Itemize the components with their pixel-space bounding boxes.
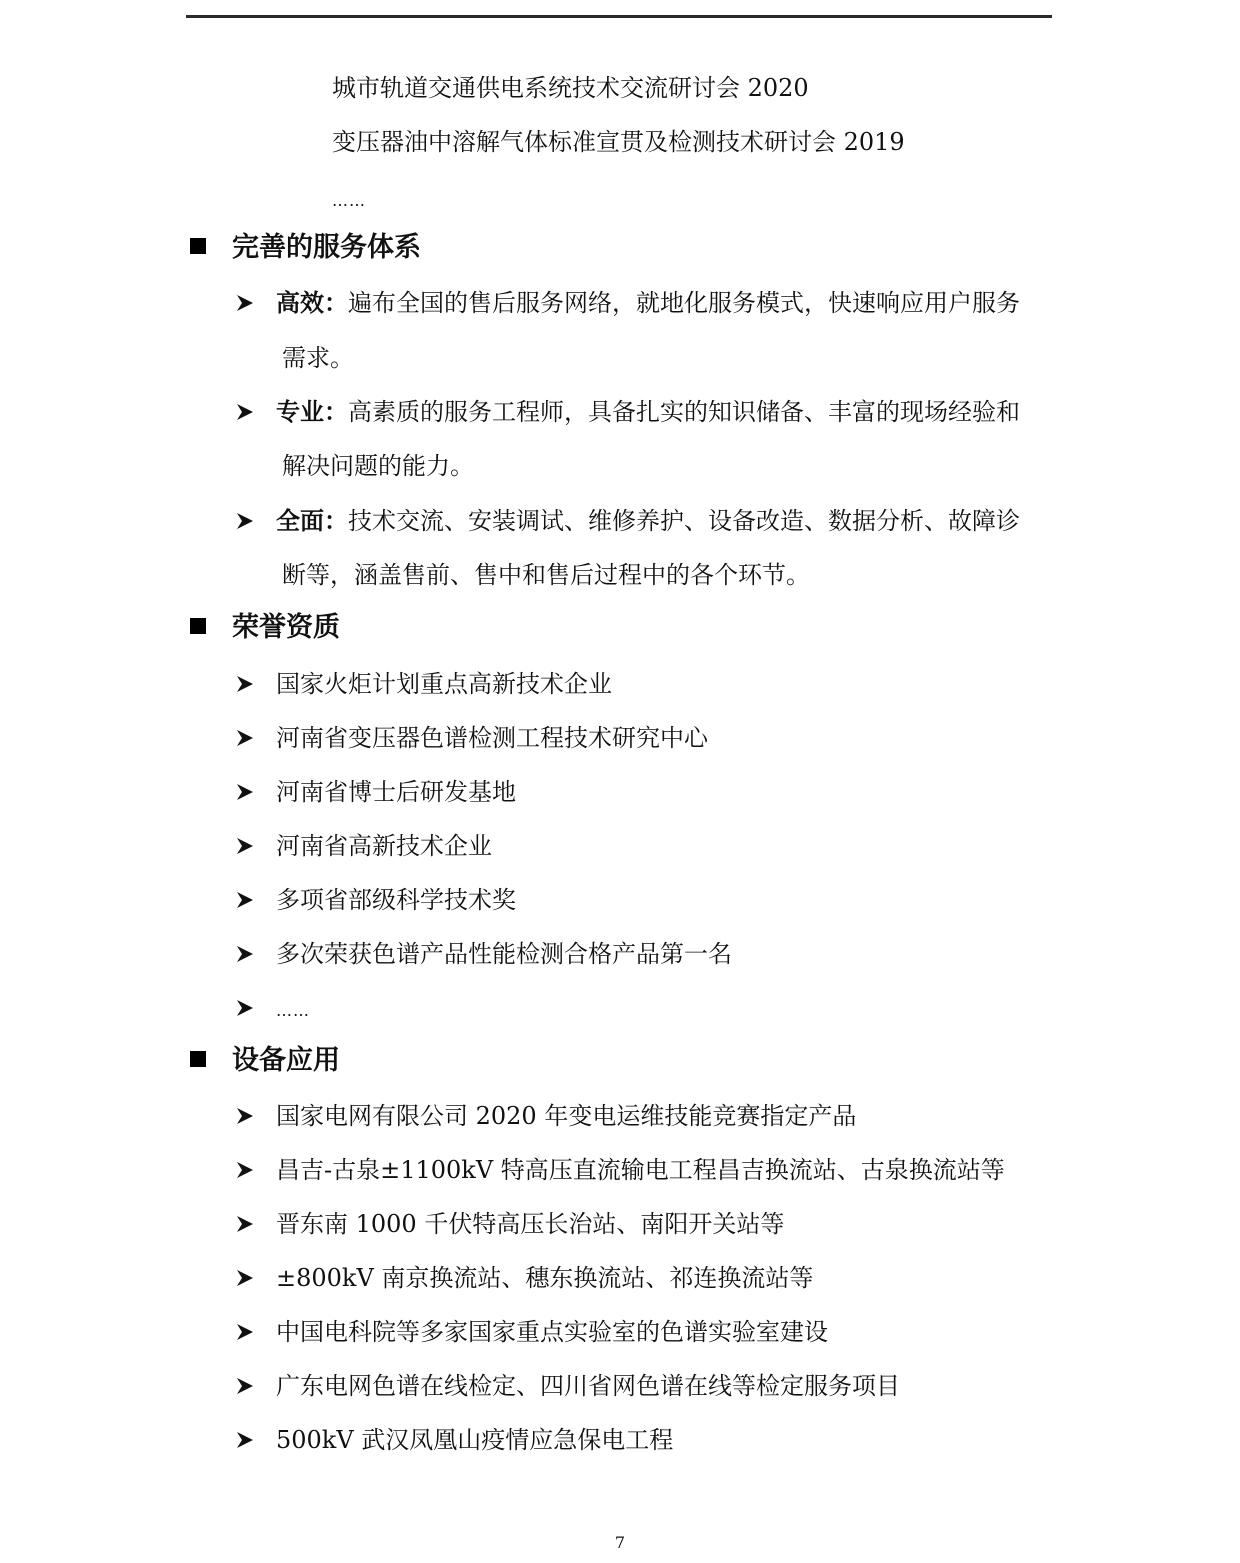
arrow-bullet-icon bbox=[236, 777, 256, 807]
item-text: 河南省博士后研发基地 bbox=[276, 778, 516, 806]
list-item: 晋东南 1000 千伏特高压长治站、南阳开关站等 bbox=[236, 1209, 784, 1239]
arrow-bullet-icon bbox=[236, 669, 256, 699]
section-heading-service: 完善的服务体系 bbox=[190, 233, 421, 263]
list-item: 专业：高素质的服务工程师，具备扎实的知识储备、丰富的现场经验和 bbox=[236, 397, 1020, 427]
list-item: 中国电科院等多家国家重点实验室的色谱实验室建设 bbox=[236, 1317, 828, 1347]
item-text: 500kV 武汉凤凰山疫情应急保电工程 bbox=[276, 1426, 673, 1454]
conference-item: 城市轨道交通供电系统技术交流研讨会 2020 bbox=[332, 73, 809, 103]
section-heading-honors: 荣誉资质 bbox=[190, 613, 340, 643]
item-text: ±800kV 南京换流站、穗东换流站、祁连换流站等 bbox=[276, 1264, 813, 1292]
arrow-bullet-icon bbox=[236, 993, 256, 1023]
section-heading-applications: 设备应用 bbox=[190, 1046, 340, 1076]
item-text: 多项省部级科学技术奖 bbox=[276, 886, 516, 914]
list-item: 多次荣获色谱产品性能检测合格产品第一名 bbox=[236, 939, 732, 969]
item-label: 全面： bbox=[276, 507, 348, 535]
arrow-bullet-icon bbox=[236, 506, 256, 536]
item-text: 多次荣获色谱产品性能检测合格产品第一名 bbox=[276, 940, 732, 968]
item-text: 遍布全国的售后服务网络，就地化服务模式，快速响应用户服务 bbox=[348, 289, 1020, 317]
list-item: 全面：技术交流、安装调试、维修养护、设备改造、数据分析、故障诊 bbox=[236, 506, 1020, 536]
item-text: 中国电科院等多家国家重点实验室的色谱实验室建设 bbox=[276, 1318, 828, 1346]
arrow-bullet-icon bbox=[236, 1155, 256, 1185]
section-heading-text: 荣誉资质 bbox=[232, 612, 340, 643]
list-item: 500kV 武汉凤凰山疫情应急保电工程 bbox=[236, 1425, 673, 1455]
list-item: 广东电网色谱在线检定、四川省网色谱在线等检定服务项目 bbox=[236, 1371, 900, 1401]
arrow-bullet-icon bbox=[236, 1209, 256, 1239]
list-item-continuation: 解决问题的能力。 bbox=[282, 451, 474, 481]
item-text: 晋东南 1000 千伏特高压长治站、南阳开关站等 bbox=[276, 1210, 784, 1238]
item-text: 河南省变压器色谱检测工程技术研究中心 bbox=[276, 724, 708, 752]
list-item: 河南省变压器色谱检测工程技术研究中心 bbox=[236, 723, 708, 753]
square-bullet-icon bbox=[190, 238, 206, 254]
list-item: 国家火炬计划重点高新技术企业 bbox=[236, 669, 612, 699]
section-heading-text: 完善的服务体系 bbox=[232, 232, 421, 263]
arrow-bullet-icon bbox=[236, 1101, 256, 1131]
header-rule bbox=[186, 15, 1052, 18]
list-item: …… bbox=[236, 993, 310, 1026]
item-text: 技术交流、安装调试、维修养护、设备改造、数据分析、故障诊 bbox=[348, 507, 1020, 535]
item-text: 国家电网有限公司 2020 年变电运维技能竞赛指定产品 bbox=[276, 1102, 856, 1130]
item-text: 昌吉-古泉±1100kV 特高压直流输电工程昌吉换流站、古泉换流站等 bbox=[276, 1156, 1005, 1184]
list-item: 高效：遍布全国的售后服务网络，就地化服务模式，快速响应用户服务 bbox=[236, 288, 1020, 318]
conference-item: 变压器油中溶解气体标准宣贯及检测技术研讨会 2019 bbox=[332, 127, 905, 157]
list-item: 国家电网有限公司 2020 年变电运维技能竞赛指定产品 bbox=[236, 1101, 856, 1131]
arrow-bullet-icon bbox=[236, 885, 256, 915]
list-item-continuation: 需求。 bbox=[282, 343, 354, 373]
item-label: 专业： bbox=[276, 398, 348, 426]
square-bullet-icon bbox=[190, 618, 206, 634]
item-text: 国家火炬计划重点高新技术企业 bbox=[276, 670, 612, 698]
list-item: 河南省高新技术企业 bbox=[236, 831, 492, 861]
arrow-bullet-icon bbox=[236, 831, 256, 861]
list-item: 河南省博士后研发基地 bbox=[236, 777, 516, 807]
arrow-bullet-icon bbox=[236, 397, 256, 427]
arrow-bullet-icon bbox=[236, 1425, 256, 1455]
arrow-bullet-icon bbox=[236, 723, 256, 753]
section-heading-text: 设备应用 bbox=[232, 1045, 340, 1076]
page-number: 7 bbox=[0, 1533, 1240, 1552]
list-item: 昌吉-古泉±1100kV 特高压直流输电工程昌吉换流站、古泉换流站等 bbox=[236, 1155, 1005, 1185]
item-text: …… bbox=[276, 1001, 310, 1020]
list-item: 多项省部级科学技术奖 bbox=[236, 885, 516, 915]
square-bullet-icon bbox=[190, 1051, 206, 1067]
list-item-continuation: 断等，涵盖售前、售中和售后过程中的各个环节。 bbox=[282, 560, 810, 590]
item-text: 高素质的服务工程师，具备扎实的知识储备、丰富的现场经验和 bbox=[348, 398, 1020, 426]
arrow-bullet-icon bbox=[236, 1371, 256, 1401]
arrow-bullet-icon bbox=[236, 1263, 256, 1293]
item-text: 广东电网色谱在线检定、四川省网色谱在线等检定服务项目 bbox=[276, 1372, 900, 1400]
item-text: 河南省高新技术企业 bbox=[276, 832, 492, 860]
item-label: 高效： bbox=[276, 289, 348, 317]
arrow-bullet-icon bbox=[236, 288, 256, 318]
list-item: ±800kV 南京换流站、穗东换流站、祁连换流站等 bbox=[236, 1263, 813, 1293]
arrow-bullet-icon bbox=[236, 1317, 256, 1347]
arrow-bullet-icon bbox=[236, 939, 256, 969]
conference-ellipsis: …… bbox=[332, 186, 366, 216]
